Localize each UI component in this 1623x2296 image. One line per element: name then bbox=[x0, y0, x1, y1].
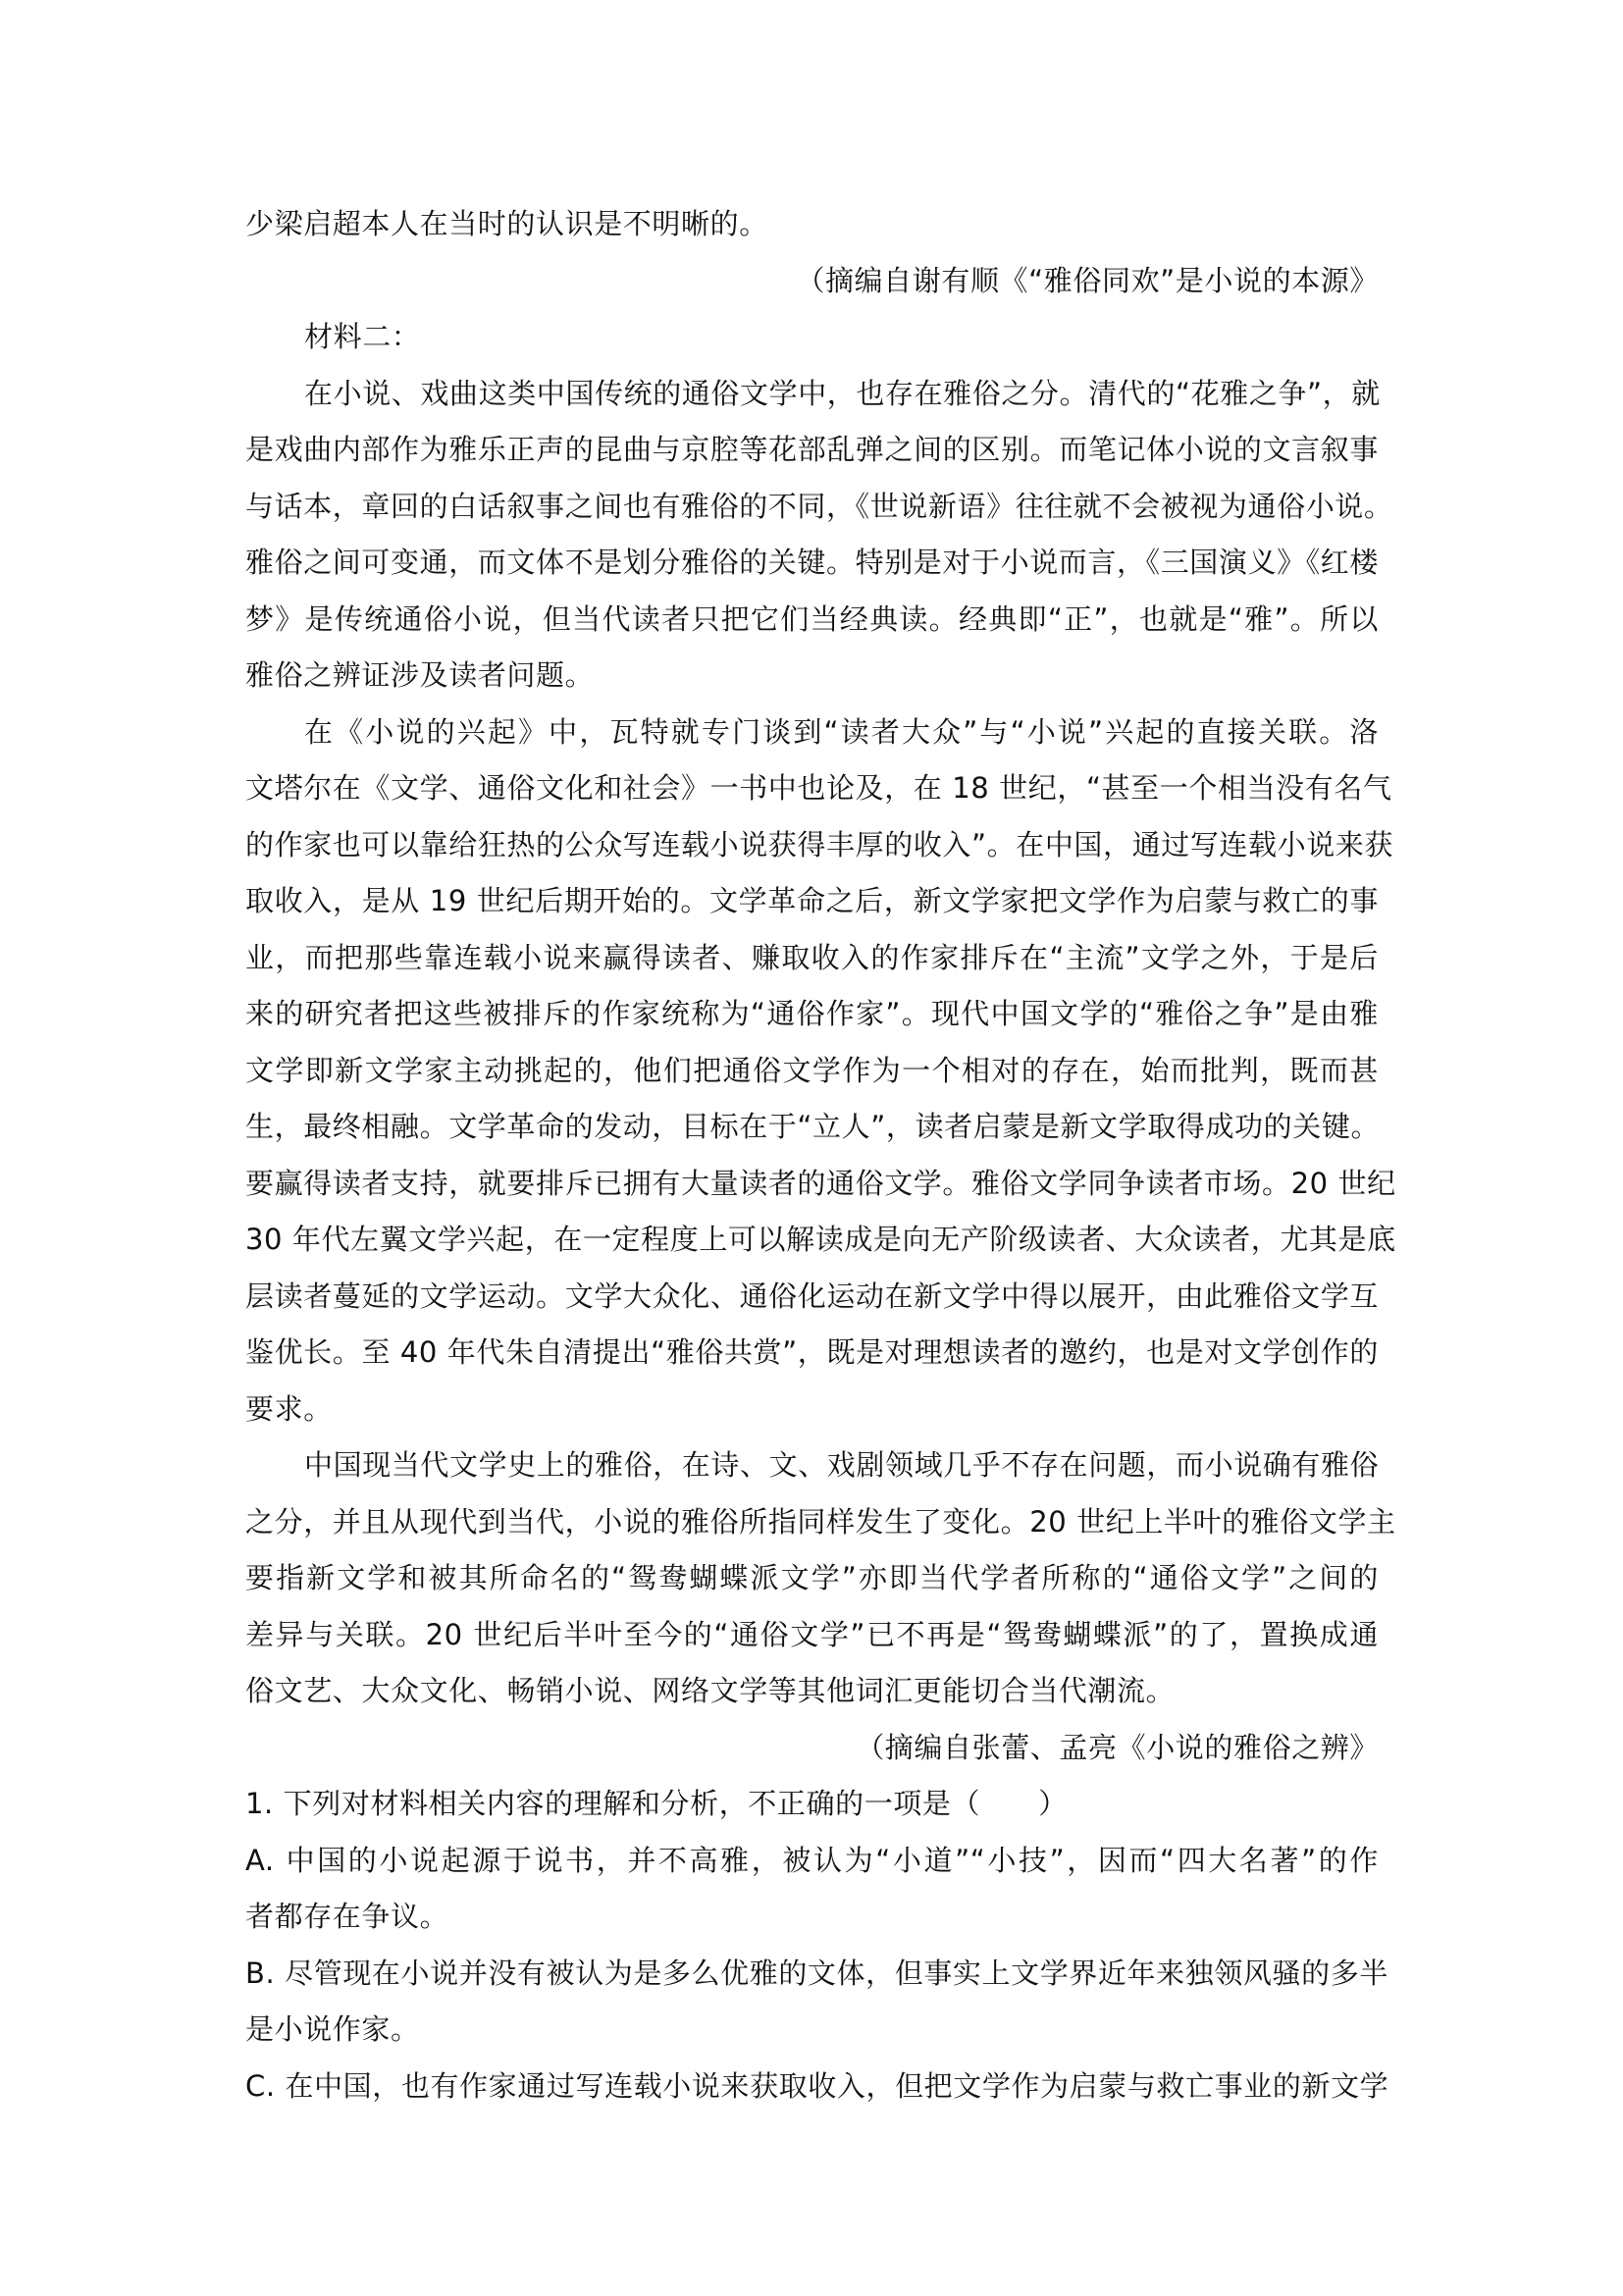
paragraph-line: 取收入，是从 19 世纪后期开始的。文学革命之后，新文学家把文学作为启蒙与救亡的… bbox=[245, 873, 1379, 930]
paragraph-line: 30 年代左翼文学兴起，在一定程度上可以解读成是向无产阶级读者、大众读者，尤其是… bbox=[245, 1212, 1379, 1269]
paragraph-line: 层读者蔓延的文学运动。文学大众化、通俗化运动在新文学中得以展开，由此雅俗文学互 bbox=[245, 1269, 1379, 1326]
paragraph-line: 是戏曲内部作为雅乐正声的昆曲与京腔等花部乱弹之间的区别。而笔记体小说的文言叙事 bbox=[245, 422, 1379, 479]
question-1: 1. 下列对材料相关内容的理解和分析，不正确的一项是（ ） A. 中国的小说起源… bbox=[245, 1776, 1379, 2114]
paragraph-line: 文塔尔在《文学、通俗文化和社会》一书中也论及，在 18 世纪，“甚至一个相当没有… bbox=[245, 760, 1379, 817]
option-line: 者都存在争议。 bbox=[245, 1889, 1379, 1946]
paragraph-line: 差异与关联。20 世纪后半叶至今的“通俗文学”已不再是“鸳鸯蝴蝶派”的了，置换成… bbox=[245, 1607, 1379, 1664]
paragraph-line: 鉴优长。至 40 年代朱自清提出“雅俗共赏”，既是对理想读者的邀约，也是对文学创… bbox=[245, 1325, 1379, 1382]
paragraph-line: 文学即新文学家主动挑起的，他们把通俗文学作为一个相对的存在，始而批判，既而甚 bbox=[245, 1043, 1379, 1100]
material-two-paragraph-2: 在《小说的兴起》中，瓦特就专门谈到“读者大众”与“小说”兴起的直接关联。洛 文塔… bbox=[245, 704, 1379, 1438]
paragraph-line: 在小说、戏曲这类中国传统的通俗文学中，也存在雅俗之分。清代的“花雅之争”，就 bbox=[245, 366, 1379, 423]
option-line: B. 尽管现在小说并没有被认为是多么优雅的文体，但事实上文学界近年来独领风骚的多… bbox=[245, 1946, 1379, 2003]
option-line: 是小说作家。 bbox=[245, 2002, 1379, 2059]
material-one-source: （摘编自谢有顺《“雅俗同欢”是小说的本源》 bbox=[245, 253, 1379, 310]
option-c: C. 在中国，也有作家通过写连载小说来获取收入，但把文学作为启蒙与救亡事业的新文… bbox=[245, 2059, 1379, 2115]
material-two-heading: 材料二： bbox=[245, 309, 1379, 366]
paragraph-line: 的作家也可以靠给狂热的公众写连载小说获得丰厚的收入”。在中国，通过写连载小说来获 bbox=[245, 817, 1379, 874]
paragraph-line: 要求。 bbox=[245, 1382, 1379, 1438]
document-page: 少梁启超本人在当时的认识是不明晰的。 （摘编自谢有顺《“雅俗同欢”是小说的本源》… bbox=[245, 196, 1379, 2114]
option-a: A. 中国的小说起源于说书，并不高雅，被认为“小道”“小技”，因而“四大名著”的… bbox=[245, 1833, 1379, 1946]
paragraph-line: 中国现当代文学史上的雅俗，在诗、文、戏剧领域几乎不存在问题，而小说确有雅俗 bbox=[245, 1437, 1379, 1494]
question-stem: 1. 下列对材料相关内容的理解和分析，不正确的一项是（ ） bbox=[245, 1776, 1379, 1833]
paragraph-line: 俗文艺、大众文化、畅销小说、网络文学等其他词汇更能切合当代潮流。 bbox=[245, 1663, 1379, 1720]
material-two-paragraph-1: 在小说、戏曲这类中国传统的通俗文学中，也存在雅俗之分。清代的“花雅之争”，就 是… bbox=[245, 366, 1379, 704]
paragraph-line: 要赢得读者支持，就要排斥已拥有大量读者的通俗文学。雅俗文学同争读者市场。20 世… bbox=[245, 1156, 1379, 1213]
paragraph-line: 雅俗之间可变通，而文体不是划分雅俗的关键。特别是对于小说而言，《三国演义》《红楼 bbox=[245, 535, 1379, 592]
paragraph-line: 要指新文学和被其所命名的“鸳鸯蝴蝶派文学”亦即当代学者所称的“通俗文学”之间的 bbox=[245, 1550, 1379, 1607]
paragraph-line: 来的研究者把这些被排斥的作家统称为“通俗作家”。现代中国文学的“雅俗之争”是由雅 bbox=[245, 986, 1379, 1043]
paragraph-line: 在《小说的兴起》中，瓦特就专门谈到“读者大众”与“小说”兴起的直接关联。洛 bbox=[245, 704, 1379, 761]
option-line: A. 中国的小说起源于说书，并不高雅，被认为“小道”“小技”，因而“四大名著”的… bbox=[245, 1833, 1379, 1890]
material-one-tail-line: 少梁启超本人在当时的认识是不明晰的。 bbox=[245, 196, 1379, 253]
material-two-paragraph-3: 中国现当代文学史上的雅俗，在诗、文、戏剧领域几乎不存在问题，而小说确有雅俗 之分… bbox=[245, 1437, 1379, 1720]
paragraph-line: 之分，并且从现代到当代，小说的雅俗所指同样发生了变化。20 世纪上半叶的雅俗文学… bbox=[245, 1494, 1379, 1551]
paragraph-line: 雅俗之辨证涉及读者问题。 bbox=[245, 648, 1379, 704]
paragraph-line: 梦》是传统通俗小说，但当代读者只把它们当经典读。经典即“正”，也就是“雅”。所以 bbox=[245, 592, 1379, 649]
option-b: B. 尽管现在小说并没有被认为是多么优雅的文体，但事实上文学界近年来独领风骚的多… bbox=[245, 1946, 1379, 2059]
paragraph-line: 与话本，章回的白话叙事之间也有雅俗的不同，《世说新语》往往就不会被视为通俗小说。 bbox=[245, 479, 1379, 536]
paragraph-line: 业，而把那些靠连载小说来赢得读者、赚取收入的作家排斥在“主流”文学之外，于是后 bbox=[245, 930, 1379, 987]
material-two-source: （摘编自张蕾、孟亮《小说的雅俗之辨》 bbox=[245, 1720, 1379, 1777]
paragraph-line: 生，最终相融。文学革命的发动，目标在于“立人”，读者启蒙是新文学取得成功的关键。 bbox=[245, 1099, 1379, 1156]
option-line: C. 在中国，也有作家通过写连载小说来获取收入，但把文学作为启蒙与救亡事业的新文… bbox=[245, 2059, 1379, 2115]
